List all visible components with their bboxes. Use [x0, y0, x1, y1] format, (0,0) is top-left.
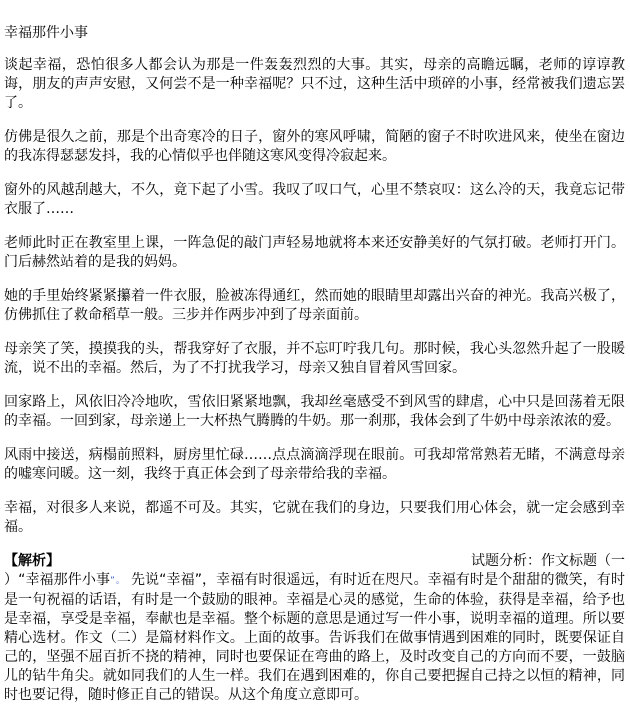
essay-paragraph-1: 谈起幸福，恐怕很多人都会认为那是一件轰轰烈烈的大事。其实，母亲的高瞻远瞩，老师的… — [4, 56, 625, 113]
analysis-label: 【解析】 — [4, 552, 60, 571]
analysis-first-line: 【解析】 试题分析：作文标题（一 — [4, 552, 625, 571]
essay-paragraph-3: 窗外的风越刮越大，不久，竟下起了小雪。我叹了叹口气，心里不禁哀叹：这么冷的天，我… — [4, 181, 625, 219]
analysis-text-after-mark: 先说“幸福”，幸福有时很遥远，有时近在咫尺。幸福有时是个甜甜的微笑，有时是一句祝… — [4, 572, 625, 703]
essay-paragraph-2: 仿佛是很久之前，那是个出奇寒冷的日子，窗外的寒风呼啸，简陋的窗子不时吹进风来，使… — [4, 128, 625, 166]
analysis-body: ）“幸福那件小事”。先说“幸福”，幸福有时很遥远，有时近在咫尺。幸福有时是个甜甜… — [4, 571, 625, 705]
essay-paragraph-9: 幸福，对很多人来说，都遥不可及。其实，它就在我们的身边，只要我们用心体会，就一定… — [4, 499, 625, 537]
essay-paragraph-7: 回家路上，风依旧冷冷地吹，雪依旧紧紧地飘，我却丝毫感受不到风雪的肆虐，心中只是回… — [4, 393, 625, 431]
analysis-intro-text: 试题分析：作文标题（一 — [471, 552, 625, 571]
analysis-blue-quote-mark: ”。 — [110, 576, 126, 586]
analysis-text-before-mark: ）“幸福那件小事 — [4, 572, 110, 588]
document-page: 幸福那件小事 谈起幸福，恐怕很多人都会认为那是一件轰轰烈烈的大事。其实，母亲的高… — [0, 0, 630, 708]
essay-paragraph-5: 她的手里始终紧紧攥着一件衣服，脸被冻得通红，然而她的眼睛里却露出兴奋的神光。我高… — [4, 287, 625, 325]
essay-paragraph-6: 母亲笑了笑，摸摸我的头，帮我穿好了衣服，并不忘叮咛我几句。那时候，我心头忽然升起… — [4, 340, 625, 378]
essay-title: 幸福那件小事 — [4, 24, 625, 43]
analysis-section: 【解析】 试题分析：作文标题（一 ）“幸福那件小事”。先说“幸福”，幸福有时很遥… — [4, 552, 625, 705]
essay-paragraph-4: 老师此时正在教室里上课，一阵急促的敲门声轻易地就将本来还安静美好的气氛打破。老师… — [4, 234, 625, 272]
essay-paragraph-8: 风雨中接送，病榻前照料，厨房里忙碌……点点滴滴浮现在眼前。可我却常常熟若无睹，不… — [4, 446, 625, 484]
